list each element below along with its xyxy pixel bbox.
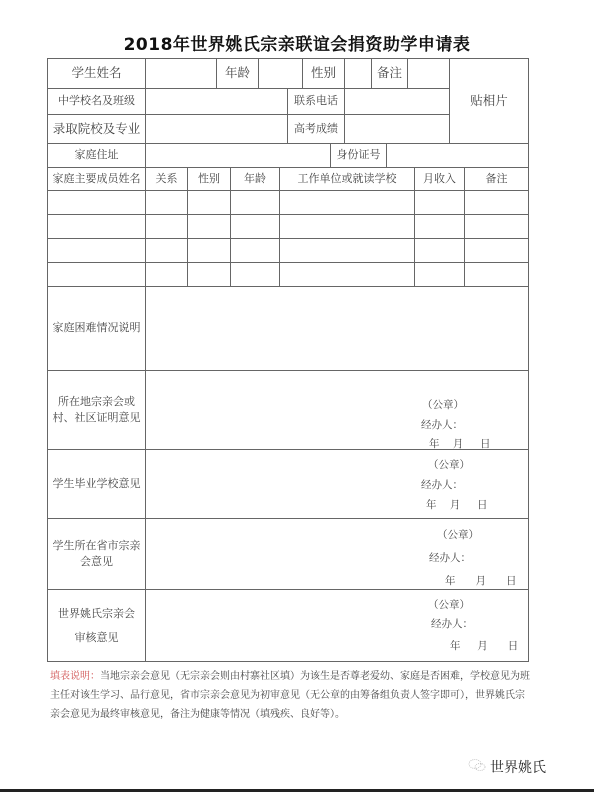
- family-header-workplace: 工作单位或就读学校: [279, 167, 415, 191]
- province-seal: （公章）: [437, 527, 479, 542]
- wechat-icon: [468, 758, 486, 772]
- family-cell[interactable]: [464, 190, 529, 215]
- family-cell[interactable]: [47, 262, 146, 287]
- gender-label: 性别: [302, 58, 345, 89]
- family-cell[interactable]: [145, 238, 188, 263]
- family-cell[interactable]: [230, 190, 280, 215]
- family-cell[interactable]: [279, 238, 415, 263]
- phone-label: 联系电话: [287, 88, 345, 115]
- family-cell[interactable]: [145, 262, 188, 287]
- phone-field[interactable]: [344, 88, 450, 115]
- world-seal: （公章）: [428, 597, 470, 612]
- family-cell[interactable]: [230, 214, 280, 239]
- hardship-field[interactable]: [145, 286, 529, 371]
- college-major-label: 录取院校及专业: [47, 114, 146, 144]
- family-header-gender: 性别: [187, 167, 231, 191]
- fill-instructions-text: 当地宗亲会意见（无宗亲会则由村寨社区填）为该生是否尊老爱幼、家庭是否困难，学校意…: [50, 671, 530, 720]
- province-date: 年 月 日: [445, 573, 517, 588]
- province-opinion-label: 学生所在省市宗亲 会意见: [47, 518, 146, 590]
- school-opinion-label: 学生毕业学校意见: [47, 449, 146, 519]
- family-cell[interactable]: [47, 238, 146, 263]
- family-cell[interactable]: [464, 238, 529, 263]
- watermark-text: 世界姚氏: [490, 757, 546, 777]
- province-handler: 经办人：: [429, 550, 471, 565]
- address-field[interactable]: [145, 143, 331, 168]
- family-header-remark: 备注: [464, 167, 529, 191]
- community-handler: 经办人：: [421, 417, 463, 432]
- family-cell[interactable]: [230, 262, 280, 287]
- school-seal: （公章）: [428, 457, 470, 472]
- world-date: 年 月 日: [450, 638, 518, 653]
- family-header-name: 家庭主要成员姓名: [47, 167, 146, 191]
- family-cell[interactable]: [279, 262, 415, 287]
- family-cell[interactable]: [414, 262, 465, 287]
- family-cell[interactable]: [187, 190, 231, 215]
- family-cell[interactable]: [279, 214, 415, 239]
- family-cell[interactable]: [47, 214, 146, 239]
- gaokao-score-label: 高考成绩: [287, 114, 345, 144]
- id-number-label: 身份证号: [330, 143, 387, 168]
- age-field[interactable]: [258, 58, 303, 89]
- family-cell[interactable]: [464, 262, 529, 287]
- family-header-age: 年龄: [230, 167, 280, 191]
- student-name-field[interactable]: [145, 58, 217, 89]
- family-cell[interactable]: [145, 214, 188, 239]
- student-name-label: 学生姓名: [47, 58, 146, 89]
- school-class-field[interactable]: [145, 88, 288, 115]
- family-cell[interactable]: [414, 238, 465, 263]
- school-class-label: 中学校名及班级: [47, 88, 146, 115]
- family-cell[interactable]: [230, 238, 280, 263]
- family-cell[interactable]: [279, 190, 415, 215]
- world-opinion-label: 世界姚氏宗亲会 审核意见: [47, 589, 146, 662]
- address-label: 家庭住址: [47, 143, 146, 168]
- family-cell[interactable]: [145, 190, 188, 215]
- gaokao-score-field[interactable]: [344, 114, 450, 144]
- family-cell[interactable]: [47, 190, 146, 215]
- remark-field[interactable]: [407, 58, 450, 89]
- family-cell[interactable]: [187, 262, 231, 287]
- community-opinion-label: 所在地宗亲会或 村、社区证明意见: [47, 370, 146, 450]
- gender-field[interactable]: [344, 58, 372, 89]
- id-number-field[interactable]: [386, 143, 529, 168]
- family-cell[interactable]: [187, 214, 231, 239]
- family-header-relation: 关系: [145, 167, 188, 191]
- family-cell[interactable]: [187, 238, 231, 263]
- community-seal: （公章）: [422, 397, 464, 412]
- world-handler: 经办人：: [431, 616, 473, 631]
- family-cell[interactable]: [414, 214, 465, 239]
- remark-label: 备注: [371, 58, 408, 89]
- family-header-income: 月收入: [414, 167, 465, 191]
- school-date: 年 月 日: [426, 497, 488, 512]
- family-cell[interactable]: [464, 214, 529, 239]
- fill-instructions: 填表说明：当地宗亲会意见（无宗亲会则由村寨社区填）为该生是否尊老爱幼、家庭是否困…: [50, 667, 530, 724]
- age-label: 年龄: [216, 58, 259, 89]
- family-cell[interactable]: [414, 190, 465, 215]
- bottom-divider: [0, 789, 594, 792]
- page-title: 2018年世界姚氏宗亲联谊会捐资助学申请表: [0, 30, 594, 55]
- hardship-label: 家庭困难情况说明: [47, 286, 146, 371]
- photo-box[interactable]: 贴相片: [449, 58, 529, 144]
- school-handler: 经办人：: [421, 477, 463, 492]
- fill-instructions-label: 填表说明：: [50, 671, 100, 682]
- college-major-field[interactable]: [145, 114, 288, 144]
